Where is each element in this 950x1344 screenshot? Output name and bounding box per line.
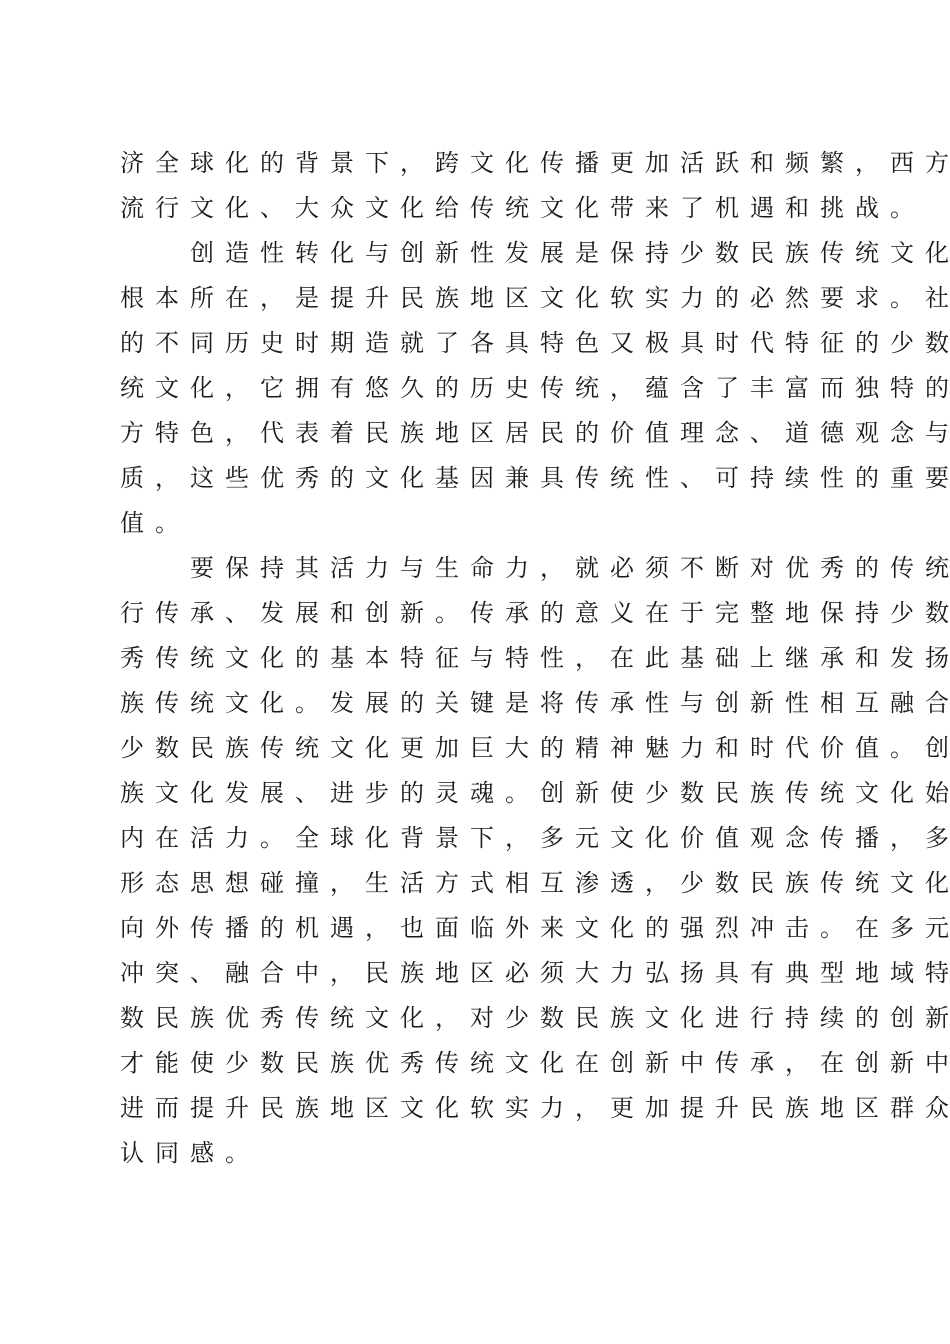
text-line: 要保持其活力与生命力，就必须不断对优秀的传统文化进 — [120, 551, 840, 596]
text-line: 行传承、发展和创新。传承的意义在于完整地保持少数民族优 — [120, 596, 840, 641]
text-line: 统文化，它拥有悠久的历史传统，蕴含了丰富而独特的民族地 — [120, 371, 840, 416]
paragraph-1: 济全球化的背景下，跨文化传播更加活跃和频繁，西方文化、 流行文化、大众文化给传统… — [120, 146, 840, 236]
text-line: 少数民族传统文化更加巨大的精神魅力和时代价值。创新是民 — [120, 731, 840, 776]
text-line: 根本所在，是提升民族地区文化软实力的必然要求。社会发展 — [120, 281, 840, 326]
text-line: 值。 — [120, 506, 840, 551]
text-line: 秀传统文化的基本特征与特性，在此基础上继承和发扬少数民 — [120, 641, 840, 686]
text-line: 数民族优秀传统文化，对少数民族文化进行持续的创新与转化， — [120, 1001, 840, 1046]
text-line: 才能使少数民族优秀传统文化在创新中传承，在创新中发展， — [120, 1046, 840, 1091]
text-line: 流行文化、大众文化给传统文化带来了机遇和挑战。 — [120, 191, 840, 236]
paragraph-3: 要保持其活力与生命力，就必须不断对优秀的传统文化进 行传承、发展和创新。传承的意… — [120, 551, 840, 1181]
text-line: 族文化发展、进步的灵魂。创新使少数民族传统文化始终保持 — [120, 776, 840, 821]
text-line: 冲突、融合中，民族地区必须大力弘扬具有典型地域特征的少 — [120, 956, 840, 1001]
text-line: 内在活力。全球化背景下，多元文化价值观念传播，多种意识 — [120, 821, 840, 866]
paragraph-2: 创造性转化与创新性发展是保持少数民族传统文化活力的 根本所在，是提升民族地区文化… — [120, 236, 840, 551]
text-line: 的不同历史时期造就了各具特色又极具时代特征的少数民族传 — [120, 326, 840, 371]
text-line: 进而提升民族地区文化软实力，更加提升民族地区群众的文化 — [120, 1091, 840, 1136]
text-line: 形态思想碰撞，生活方式相互渗透，少数民族传统文化面临着 — [120, 866, 840, 911]
document-page: 济全球化的背景下，跨文化传播更加活跃和频繁，西方文化、 流行文化、大众文化给传统… — [0, 0, 950, 1344]
document-body: 济全球化的背景下，跨文化传播更加活跃和频繁，西方文化、 流行文化、大众文化给传统… — [120, 146, 840, 1181]
text-line: 认同感。 — [120, 1136, 840, 1181]
text-line: 创造性转化与创新性发展是保持少数民族传统文化活力的 — [120, 236, 840, 281]
text-line: 济全球化的背景下，跨文化传播更加活跃和频繁，西方文化、 — [120, 146, 840, 191]
text-line: 族传统文化。发展的关键是将传承性与创新性相互融合，赋予 — [120, 686, 840, 731]
text-line: 方特色，代表着民族地区居民的价值理念、道德观念与精神品 — [120, 416, 840, 461]
text-line: 质，这些优秀的文化基因兼具传统性、可持续性的重要时代价 — [120, 461, 840, 506]
text-line: 向外传播的机遇，也面临外来文化的强烈冲击。在多元文化的 — [120, 911, 840, 956]
